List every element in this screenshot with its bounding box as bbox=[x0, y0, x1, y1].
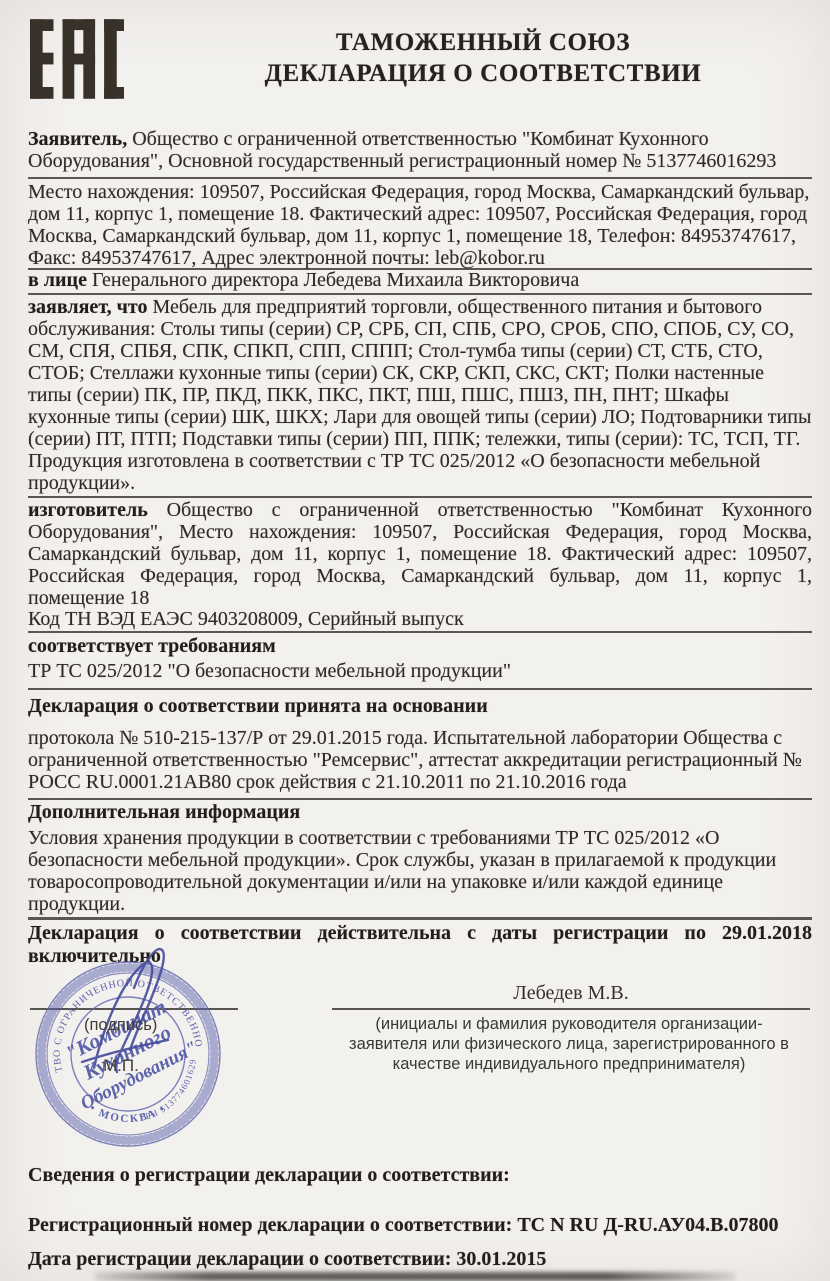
title-line-2: ДЕКЛАРАЦИЯ О СООТВЕТСТВИИ bbox=[170, 58, 796, 89]
registration-date: Дата регистрации декларации о соответств… bbox=[28, 1248, 812, 1270]
basis-text: протокола № 510-215-137/Р от 29.01.2015 … bbox=[28, 727, 812, 793]
representative-text: Генерального директора Лебедева Михаила … bbox=[92, 269, 579, 291]
section-divider bbox=[28, 496, 812, 498]
caption-line-2: заявителя или физического лица, зарегист… bbox=[330, 1034, 808, 1054]
section-divider bbox=[28, 688, 812, 690]
section-divider bbox=[28, 631, 812, 633]
registration-number-value: ТС N RU Д-RU.АУ04.В.07800 bbox=[517, 1214, 778, 1236]
tnved-line: Код ТН ВЭД ЕАЭС 9403208009, Серийный вып… bbox=[28, 608, 812, 630]
location-section: Место нахождения: 109507, Российская Фед… bbox=[28, 181, 812, 269]
eac-logo bbox=[30, 16, 124, 102]
document-page: ТАМОЖЕННЫЙ СОЮЗ ДЕКЛАРАЦИЯ О СООТВЕТСТВИ… bbox=[0, 0, 830, 1281]
registration-date-label: Дата регистрации декларации о соответств… bbox=[28, 1248, 451, 1270]
signature-line-right bbox=[332, 1008, 810, 1010]
company-stamp: ОБЩЕСТВО С ОГРАНИЧЕННОЙ ОТВЕТСТВЕННОСТЬЮ… bbox=[22, 936, 232, 1166]
representative-section: в лице Генерального директора Лебедева М… bbox=[28, 270, 812, 290]
caption-line-1: (инициалы и фамилия руководителя организ… bbox=[330, 1014, 808, 1034]
section-divider bbox=[28, 293, 812, 295]
section-divider bbox=[28, 177, 812, 179]
declares-text: Мебель для предприятий торговли, обществ… bbox=[28, 296, 811, 494]
applicant-label: Заявитель, bbox=[28, 128, 127, 150]
basis-heading: Декларация о соответствии принята на осн… bbox=[28, 695, 812, 717]
applicant-section: Заявитель, Общество с ограниченной ответ… bbox=[28, 128, 812, 172]
registration-number: Регистрационный номер декларации о соотв… bbox=[28, 1214, 812, 1236]
section-divider bbox=[28, 798, 812, 800]
caption-line-3: качестве индивидуального предпринимателя… bbox=[330, 1054, 808, 1074]
registration-heading: Сведения о регистрации декларации о соот… bbox=[28, 1164, 812, 1186]
additional-heading: Дополнительная информация bbox=[28, 801, 812, 823]
additional-text: Условия хранения продукции в соответстви… bbox=[28, 827, 812, 915]
scan-artifact bbox=[95, 1272, 735, 1281]
signature-label: (подпись) bbox=[84, 1016, 157, 1035]
complies-heading: соответствует требованиям bbox=[28, 635, 812, 657]
registration-date-value: 30.01.2015 bbox=[456, 1248, 546, 1270]
mp-label: М.П. bbox=[103, 1056, 139, 1076]
complies-text: ТР ТС 025/2012 "О безопасности мебельной… bbox=[28, 660, 812, 682]
manufacturer-label: изготовитель bbox=[28, 499, 148, 521]
registration-number-label: Регистрационный номер декларации о соотв… bbox=[28, 1214, 512, 1236]
section-divider bbox=[28, 917, 812, 920]
head-name: Лебедев М.В. bbox=[332, 982, 810, 1005]
manufacturer-section: изготовитель Общество с ограниченной отв… bbox=[28, 499, 812, 609]
declaration-products-section: заявляет, что Мебель для предприятий тор… bbox=[28, 296, 812, 494]
signature-caption: (инициалы и фамилия руководителя организ… bbox=[330, 1014, 808, 1074]
applicant-text: Общество с ограниченной ответственностью… bbox=[28, 128, 776, 172]
title-line-1: ТАМОЖЕННЫЙ СОЮЗ bbox=[170, 27, 796, 58]
representative-label: в лице bbox=[28, 269, 87, 291]
document-title: ТАМОЖЕННЫЙ СОЮЗ ДЕКЛАРАЦИЯ О СООТВЕТСТВИ… bbox=[170, 27, 796, 89]
declares-label: заявляет, что bbox=[28, 296, 147, 318]
